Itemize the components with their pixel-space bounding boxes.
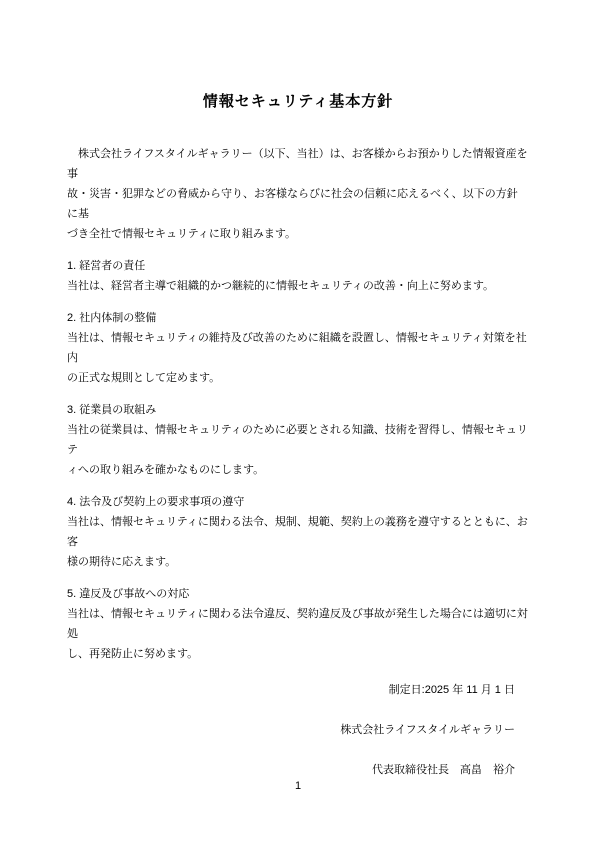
section-4: 4. 法令及び契約上の要求事項の遵守 当社は、情報セキュリティに関わる法令、規制… — [67, 492, 528, 572]
section-1-body: 当社は、経営者主導で組織的かつ継続的に情報セキュリティの改善・向上に努めます。 — [67, 276, 528, 296]
section-5-body: 当社は、情報セキュリティに関わる法令違反、契約違反及び事故が発生した場合には適切… — [67, 604, 528, 664]
signer-name: 代表取締役社長 高畠 裕介 — [67, 760, 515, 780]
section-1-heading: 1. 経営者の責任 — [67, 256, 528, 276]
section-5-heading: 5. 違反及び事故への対応 — [67, 584, 528, 604]
document-title: 情報セキュリティ基本方針 — [0, 93, 596, 110]
section-2: 2. 社内体制の整備 当社は、情報セキュリティの維持及び改善のために組織を設置し… — [67, 308, 528, 388]
section-2-heading: 2. 社内体制の整備 — [67, 308, 528, 328]
section-4-body: 当社は、情報セキュリティに関わる法令、規制、規範、契約上の義務を遵守するとともに… — [67, 512, 528, 572]
section-1: 1. 経営者の責任 当社は、経営者主導で組織的かつ継続的に情報セキュリティの改善… — [67, 256, 528, 296]
section-3: 3. 従業員の取組み 当社の従業員は、情報セキュリティのために必要とされる知識、… — [67, 400, 528, 480]
section-5: 5. 違反及び事故への対応 当社は、情報セキュリティに関わる法令違反、契約違反及… — [67, 584, 528, 664]
intro-paragraph: 株式会社ライフスタイルギャラリー（以下、当社）は、お客様からお預かりした情報資産… — [67, 144, 528, 244]
page-number: 1 — [0, 778, 596, 794]
section-3-body: 当社の従業員は、情報セキュリティのために必要とされる知識、技術を習得し、情報セキ… — [67, 420, 528, 480]
document-page: 情報セキュリティ基本方針 株式会社ライフスタイルギャラリー（以下、当社）は、お客… — [0, 0, 596, 842]
enactment-date: 制定日:2025 年 11 月 1 日 — [67, 680, 515, 700]
section-2-body: 当社は、情報セキュリティの維持及び改善のために組織を設置し、情報セキュリティ対策… — [67, 328, 528, 388]
company-name: 株式会社ライフスタイルギャラリー — [67, 720, 515, 740]
section-4-heading: 4. 法令及び契約上の要求事項の遵守 — [67, 492, 528, 512]
section-3-heading: 3. 従業員の取組み — [67, 400, 528, 420]
